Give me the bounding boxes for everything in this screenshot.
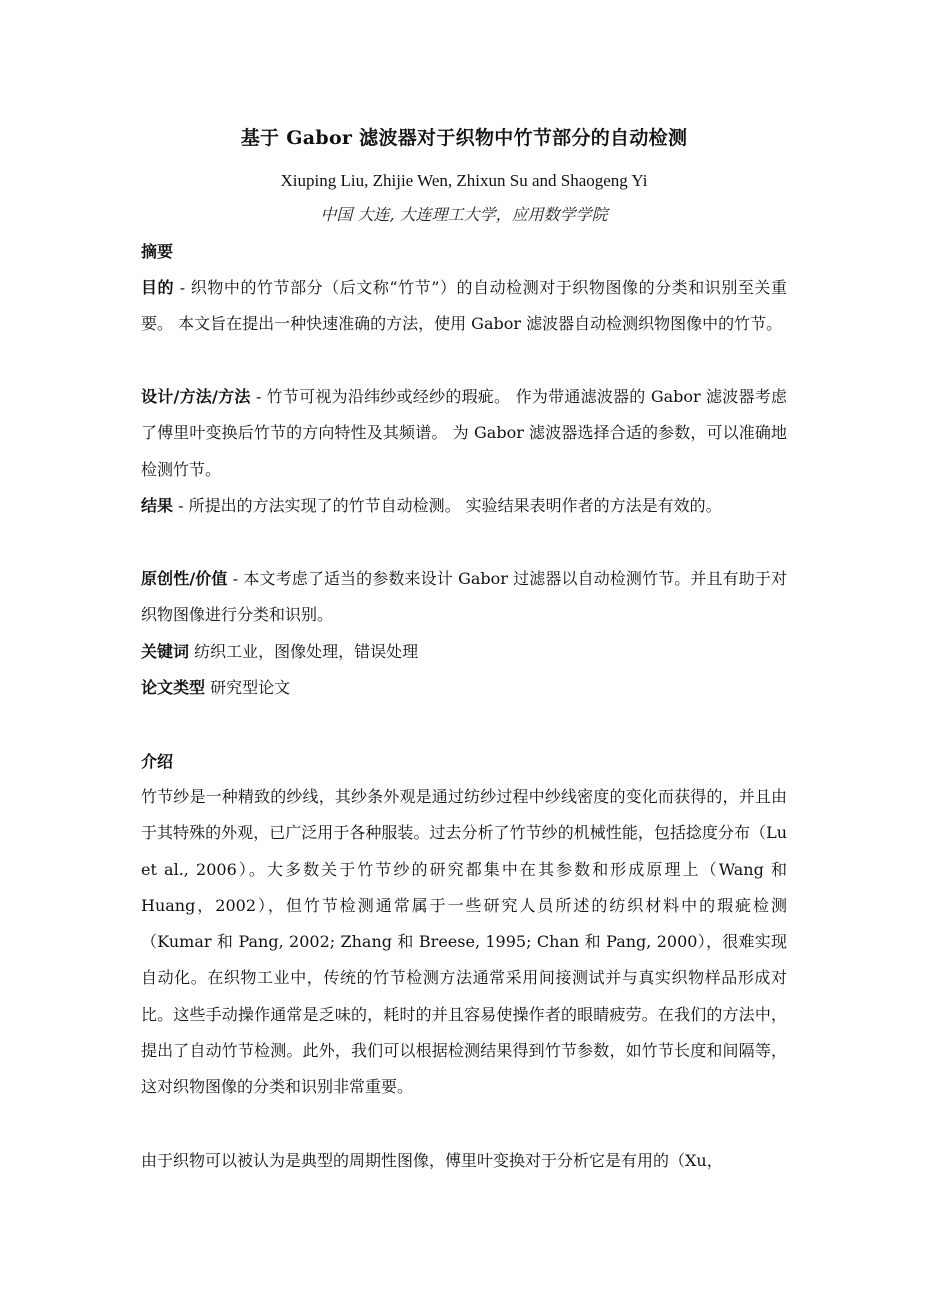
paper-type-label: 论文类型 <box>141 678 205 697</box>
keywords-label: 关键词 <box>141 642 189 661</box>
paper-affiliation: 中国 大连, 大连理工大学，应用数学学院 <box>141 202 787 228</box>
keywords-text: 纺织工业，图像处理，错误处理 <box>189 642 418 661</box>
abstract-paper-type: 论文类型 研究型论文 <box>141 670 787 706</box>
paper-title: 基于 Gabor 滤波器对于织物中竹节部分的自动检测 <box>141 124 787 152</box>
purpose-text: - 织物中的竹节部分（后文称“竹节”）的自动检测对于织物图像的分类和识别至关重要… <box>141 278 787 333</box>
intro-paragraph-2: 由于织物可以被认为是典型的周期性图像，傅里叶变换对于分析它是有用的（Xu， <box>141 1143 787 1179</box>
findings-label: 结果 <box>141 496 173 515</box>
abstract-design: 设计/方法/方法 - 竹节可视为沿纬纱或经纱的瑕疵。 作为带通滤波器的 Gabo… <box>141 379 787 488</box>
originality-text: - 本文考虑了适当的参数来设计 Gabor 过滤器以自动检测竹节。并且有助于对织… <box>141 569 787 624</box>
abstract-findings: 结果 - 所提出的方法实现了的竹节自动检测。 实验结果表明作者的方法是有效的。 <box>141 488 787 524</box>
introduction-heading: 介绍 <box>141 748 173 776</box>
abstract-originality: 原创性/价值 - 本文考虑了适当的参数来设计 Gabor 过滤器以自动检测竹节。… <box>141 561 787 634</box>
findings-text: - 所提出的方法实现了的竹节自动检测。 实验结果表明作者的方法是有效的。 <box>173 496 722 515</box>
design-label: 设计/方法/方法 <box>141 387 251 406</box>
originality-label: 原创性/价值 <box>141 569 228 588</box>
abstract-heading: 摘要 <box>141 238 173 266</box>
abstract-keywords: 关键词 纺织工业，图像处理，错误处理 <box>141 634 787 670</box>
intro-paragraph-1: 竹节纱是一种精致的纱线，其纱条外观是通过纺纱过程中纱线密度的变化而获得的，并且由… <box>141 779 787 1106</box>
abstract-purpose: 目的 - 织物中的竹节部分（后文称“竹节”）的自动检测对于织物图像的分类和识别至… <box>141 270 787 343</box>
paper-type-text: 研究型论文 <box>205 678 290 697</box>
purpose-label: 目的 <box>141 278 174 297</box>
paper-authors: Xiuping Liu, Zhijie Wen, Zhixun Su and S… <box>141 168 787 194</box>
